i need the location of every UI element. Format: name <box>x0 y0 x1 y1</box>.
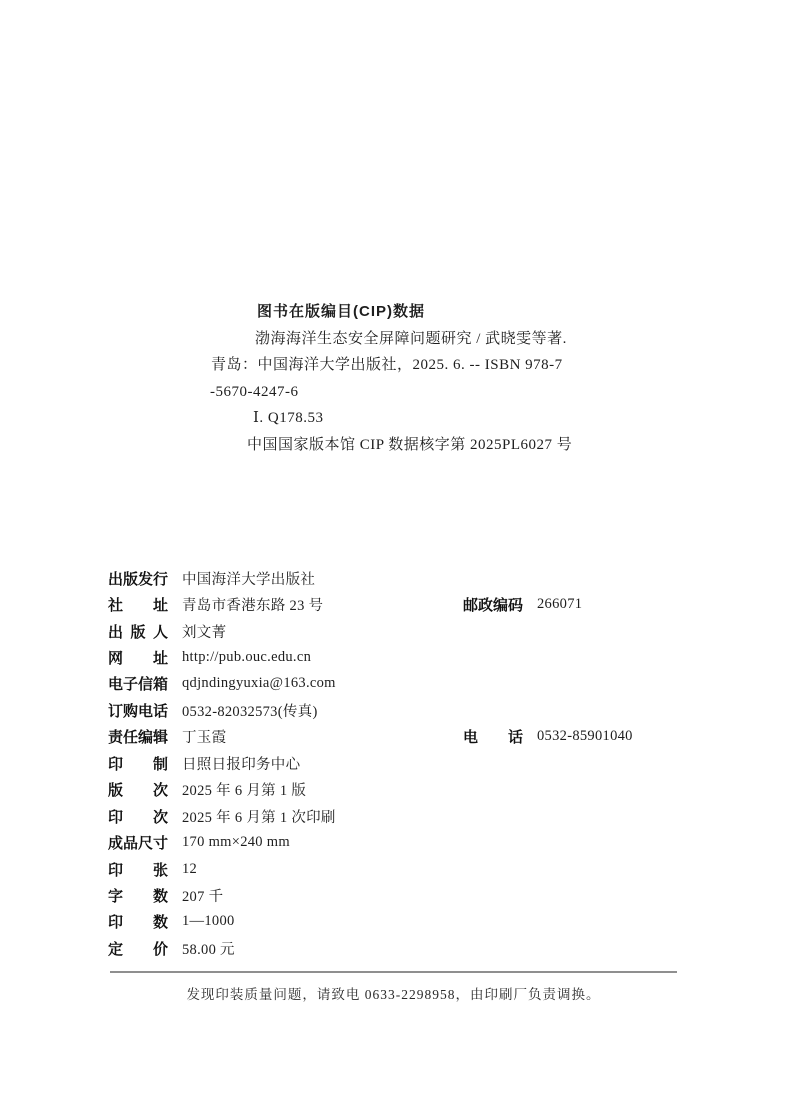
row-edition-value: 2025 年 6 月第 1 版 <box>182 779 306 800</box>
cip-isbn-line: -5670-4247-6 <box>210 379 650 406</box>
row-phone: 电话 0532-85901040 <box>463 724 633 750</box>
cip-heading: 图书在版编目(CIP)数据 <box>257 299 650 326</box>
row-editor: 责任编辑 丁玉霞 电话 0532-85901040 <box>108 724 708 750</box>
row-publisher: 出版发行 中国海洋大学出版社 <box>108 565 708 591</box>
row-website-label: 网址 <box>108 647 168 668</box>
row-sheets-label: 印张 <box>108 859 168 880</box>
row-print-run-label: 印数 <box>108 911 168 932</box>
cip-block: 图书在版编目(CIP)数据 渤海海洋生态安全屏障问题研究 / 武晓雯等著. 青岛… <box>210 299 650 458</box>
row-size-label: 成品尺寸 <box>108 832 168 853</box>
row-word-count-value: 207 千 <box>182 885 223 906</box>
row-publisher-label: 出版发行 <box>108 568 168 589</box>
row-word-count: 字数 207 千 <box>108 882 708 908</box>
row-printer: 印制 日照日报印务中心 <box>108 750 708 776</box>
row-publisher-value: 中国海洋大学出版社 <box>182 568 315 589</box>
row-postcode: 邮政编码 266071 <box>463 591 582 617</box>
row-size-value: 170 mm×240 mm <box>182 834 290 851</box>
row-phone-label: 电话 <box>463 726 523 747</box>
row-email-value: qdjndingyuxia@163.com <box>182 675 336 692</box>
row-phone-value: 0532-85901040 <box>537 728 633 745</box>
row-address-value: 青岛市香港东路 23 号 <box>182 594 323 615</box>
row-order-phone-value: 0532-82032573(传真) <box>182 700 318 721</box>
row-order-phone-label: 订购电话 <box>108 700 168 721</box>
row-print-run: 印数 1—1000 <box>108 909 708 935</box>
row-publisher-person-value: 刘文菁 <box>182 621 226 642</box>
cip-record-number-line: 中国国家版本馆 CIP 数据核字第 2025PL6027 号 <box>247 432 650 459</box>
row-printer-value: 日照日报印务中心 <box>182 753 300 774</box>
row-word-count-label: 字数 <box>108 885 168 906</box>
row-price: 定价 58.00 元 <box>108 935 708 961</box>
row-size: 成品尺寸 170 mm×240 mm <box>108 829 708 855</box>
cip-title-line: 渤海海洋生态安全屏障问题研究 / 武晓雯等著. <box>255 326 650 353</box>
footer-divider <box>110 971 677 973</box>
row-edition-label: 版次 <box>108 779 168 800</box>
row-email-label: 电子信箱 <box>108 673 168 694</box>
row-address: 社址 青岛市香港东路 23 号 邮政编码 266071 <box>108 591 708 617</box>
row-editor-value: 丁玉霞 <box>182 726 226 747</box>
quality-notice: 发现印装质量问题，请致电 0633-2298958，由印刷厂负责调换。 <box>110 983 677 1003</box>
row-postcode-value: 266071 <box>537 596 582 613</box>
row-editor-label: 责任编辑 <box>108 726 168 747</box>
row-website-value: http://pub.ouc.edu.cn <box>182 649 311 666</box>
cip-publisher-line: 青岛：中国海洋大学出版社，2025. 6. -- ISBN 978-7 <box>211 352 650 379</box>
row-edition: 版次 2025 年 6 月第 1 版 <box>108 777 708 803</box>
row-price-label: 定价 <box>108 938 168 959</box>
row-address-label: 社址 <box>108 594 168 615</box>
row-sheets-value: 12 <box>182 861 197 878</box>
row-impression: 印次 2025 年 6 月第 1 次印刷 <box>108 803 708 829</box>
copyright-page: 图书在版编目(CIP)数据 渤海海洋生态安全屏障问题研究 / 武晓雯等著. 青岛… <box>0 0 799 1118</box>
row-price-value: 58.00 元 <box>182 938 235 959</box>
row-email: 电子信箱 qdjndingyuxia@163.com <box>108 671 708 697</box>
colophon-block: 出版发行 中国海洋大学出版社 社址 青岛市香港东路 23 号 邮政编码 2660… <box>108 565 708 962</box>
row-postcode-label: 邮政编码 <box>463 594 523 615</box>
cip-classification-line: Ⅰ. Q178.53 <box>253 405 650 432</box>
row-printer-label: 印制 <box>108 753 168 774</box>
row-order-phone: 订购电话 0532-82032573(传真) <box>108 697 708 723</box>
row-sheets: 印张 12 <box>108 856 708 882</box>
row-impression-label: 印次 <box>108 806 168 827</box>
row-print-run-value: 1—1000 <box>182 913 235 930</box>
row-publisher-person: 出版人 刘文菁 <box>108 618 708 644</box>
row-impression-value: 2025 年 6 月第 1 次印刷 <box>182 806 336 827</box>
row-website: 网址 http://pub.ouc.edu.cn <box>108 644 708 670</box>
row-publisher-person-label: 出版人 <box>108 621 168 642</box>
